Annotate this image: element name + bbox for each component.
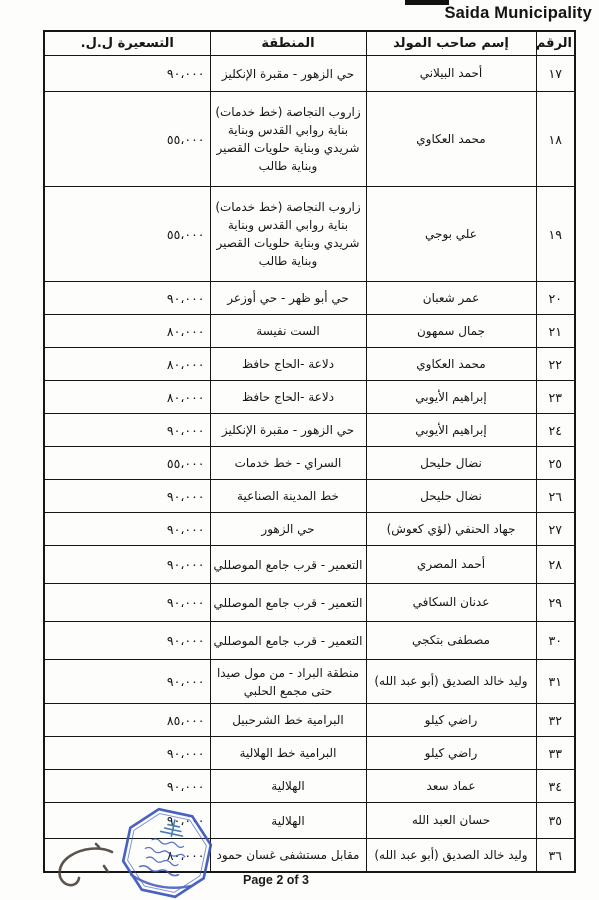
- row-number-cell: ٣١: [536, 660, 575, 704]
- row-number-cell: ٣٣: [536, 737, 575, 770]
- owner-name-cell: علي بوجي: [366, 187, 536, 282]
- area-cell: حي الزهور - مقبرة الإنكليز: [210, 414, 366, 447]
- owner-name-cell: نضال حليحل: [366, 480, 536, 513]
- owner-name-cell: حسان العبد الله: [366, 803, 536, 839]
- column-header-area: المنطقة: [210, 31, 366, 56]
- price-cell: ٩٠،٠٠٠: [44, 770, 210, 803]
- price-cell: ٨٠،٠٠٠: [44, 315, 210, 348]
- area-cell: حي أبو ظهر - حي أوزعر: [210, 282, 366, 315]
- price-cell: ٩٠،٠٠٠: [44, 480, 210, 513]
- owner-name-cell: أحمد المصري: [366, 546, 536, 584]
- owner-name-cell: وليد خالد الصديق (أبو عبد الله): [366, 660, 536, 704]
- table-row: ٢٠ عمر شعبان حي أبو ظهر - حي أوزعر ٩٠،٠٠…: [44, 282, 575, 315]
- row-number-cell: ٣٤: [536, 770, 575, 803]
- area-cell: حي الزهور: [210, 513, 366, 546]
- table-row: ١٩ علي بوجي زاروب النجاصة (خط خدمات) بنا…: [44, 187, 575, 282]
- area-cell: دلاعة -الحاج حافظ: [210, 348, 366, 381]
- price-cell: ٩٠،٠٠٠: [44, 584, 210, 622]
- price-cell: ٥٥،٠٠٠: [44, 92, 210, 187]
- price-cell: ٨٥،٠٠٠: [44, 704, 210, 737]
- column-header-owner: إسم صاحب المولد: [366, 31, 536, 56]
- owner-name-cell: إبراهيم الأيوبي: [366, 381, 536, 414]
- price-cell: ٩٠،٠٠٠: [44, 737, 210, 770]
- owner-name-cell: عماد سعد: [366, 770, 536, 803]
- price-cell: ٥٥،٠٠٠: [44, 187, 210, 282]
- table-row: ٢٦ نضال حليحل خط المدينة الصناعية ٩٠،٠٠٠: [44, 480, 575, 513]
- area-cell: البرامية خط الهلالية: [210, 737, 366, 770]
- area-cell: خط المدينة الصناعية: [210, 480, 366, 513]
- table-row: ١٨ محمد العكاوي زاروب النجاصة (خط خدمات)…: [44, 92, 575, 187]
- price-cell: ٩٠،٠٠٠: [44, 282, 210, 315]
- price-cell: ٥٥،٠٠٠: [44, 447, 210, 480]
- owner-name-cell: أحمد البيلاني: [366, 56, 536, 92]
- owner-name-cell: عمر شعبان: [366, 282, 536, 315]
- row-number-cell: ٢٩: [536, 584, 575, 622]
- area-cell: البرامية خط الشرحبيل: [210, 704, 366, 737]
- row-number-cell: ٢٠: [536, 282, 575, 315]
- row-number-cell: ١٧: [536, 56, 575, 92]
- price-cell: ٨٠،٠٠٠: [44, 348, 210, 381]
- table-row: ٢٩ عدنان السكافي التعمير - قرب جامع المو…: [44, 584, 575, 622]
- row-number-cell: ٣٥: [536, 803, 575, 839]
- document-page: Saida Municipality الرقم إسم صاحب المولد…: [0, 0, 599, 900]
- row-number-cell: ٢٦: [536, 480, 575, 513]
- price-cell: ٩٠،٠٠٠: [44, 660, 210, 704]
- row-number-cell: ٢٨: [536, 546, 575, 584]
- price-cell: ٩٠،٠٠٠: [44, 622, 210, 660]
- owner-name-cell: مصطفى بتكجي: [366, 622, 536, 660]
- area-cell: دلاعة -الحاج حافظ: [210, 381, 366, 414]
- column-header-price: التسعيرة ل.ل.: [44, 31, 210, 56]
- row-number-cell: ٣٦: [536, 839, 575, 873]
- row-number-cell: ٢٣: [536, 381, 575, 414]
- table-row: ٢٧ جهاد الحنفي (لؤي كعوش) حي الزهور ٩٠،٠…: [44, 513, 575, 546]
- owner-name-cell: عدنان السكافي: [366, 584, 536, 622]
- area-cell: منطقة البراد - من مول صيدا حتى مجمع الحل…: [210, 660, 366, 704]
- table-row: ٣١ وليد خالد الصديق (أبو عبد الله) منطقة…: [44, 660, 575, 704]
- table-row: ٢٨ أحمد المصري التعمير - قرب جامع الموصل…: [44, 546, 575, 584]
- row-number-cell: ٣٢: [536, 704, 575, 737]
- row-number-cell: ٣٠: [536, 622, 575, 660]
- handwritten-mark: [38, 836, 124, 898]
- area-cell: التعمير - قرب جامع الموصللي: [210, 584, 366, 622]
- area-cell: زاروب النجاصة (خط خدمات) بناية روابي الق…: [210, 92, 366, 187]
- price-cell: ٩٠،٠٠٠: [44, 546, 210, 584]
- price-cell: ٨٠،٠٠٠: [44, 381, 210, 414]
- table-row: ٣٤ عماد سعد الهلالية ٩٠،٠٠٠: [44, 770, 575, 803]
- price-cell: ٩٠،٠٠٠: [44, 56, 210, 92]
- owner-name-cell: جهاد الحنفي (لؤي كعوش): [366, 513, 536, 546]
- row-number-cell: ٢٧: [536, 513, 575, 546]
- area-cell: زاروب النجاصة (خط خدمات) بناية روابي الق…: [210, 187, 366, 282]
- area-cell: حي الزهور - مقبرة الإنكليز: [210, 56, 366, 92]
- price-cell: ٩٠،٠٠٠: [44, 513, 210, 546]
- row-number-cell: ١٩: [536, 187, 575, 282]
- table-row: ٢٢ محمد العكاوي دلاعة -الحاج حافظ ٨٠،٠٠٠: [44, 348, 575, 381]
- table-row: ٣٢ راضي كيلو البرامية خط الشرحبيل ٨٥،٠٠٠: [44, 704, 575, 737]
- municipality-title: Saida Municipality: [444, 4, 592, 23]
- owner-name-cell: نضال حليحل: [366, 447, 536, 480]
- owner-name-cell: محمد العكاوي: [366, 348, 536, 381]
- table-row: ٢٣ إبراهيم الأيوبي دلاعة -الحاج حافظ ٨٠،…: [44, 381, 575, 414]
- table-header-row: الرقم إسم صاحب المولد المنطقة التسعيرة ل…: [44, 31, 575, 56]
- table-row: ٣٣ راضي كيلو البرامية خط الهلالية ٩٠،٠٠٠: [44, 737, 575, 770]
- column-header-number: الرقم: [536, 31, 575, 56]
- owner-name-cell: جمال سمهون: [366, 315, 536, 348]
- row-number-cell: ١٨: [536, 92, 575, 187]
- row-number-cell: ٢٤: [536, 414, 575, 447]
- area-cell: الهلالية: [210, 770, 366, 803]
- row-number-cell: ٢٥: [536, 447, 575, 480]
- table-row: ٢٥ نضال حليحل السراي - خط خدمات ٥٥،٠٠٠: [44, 447, 575, 480]
- area-cell: الست نفيسة: [210, 315, 366, 348]
- table-row: ٢١ جمال سمهون الست نفيسة ٨٠،٠٠٠: [44, 315, 575, 348]
- price-cell: ٩٠،٠٠٠: [44, 414, 210, 447]
- header-artifact-line: [405, 0, 449, 5]
- row-number-cell: ٢١: [536, 315, 575, 348]
- area-cell: السراي - خط خدمات: [210, 447, 366, 480]
- owner-name-cell: إبراهيم الأيوبي: [366, 414, 536, 447]
- area-cell: التعمير - قرب جامع الموصللي: [210, 622, 366, 660]
- table-row: ١٧ أحمد البيلاني حي الزهور - مقبرة الإنك…: [44, 56, 575, 92]
- table-row: ٣٠ مصطفى بتكجي التعمير - قرب جامع الموصل…: [44, 622, 575, 660]
- owner-name-cell: راضي كيلو: [366, 737, 536, 770]
- area-cell: التعمير - قرب جامع الموصللي: [210, 546, 366, 584]
- owner-name-cell: محمد العكاوي: [366, 92, 536, 187]
- row-number-cell: ٢٢: [536, 348, 575, 381]
- page-footer: Page 2 of 3: [243, 873, 309, 887]
- cedar-icon: [160, 818, 185, 839]
- table-row: ٢٤ إبراهيم الأيوبي حي الزهور - مقبرة الإ…: [44, 414, 575, 447]
- owner-name-cell: راضي كيلو: [366, 704, 536, 737]
- table-body: ١٧ أحمد البيلاني حي الزهور - مقبرة الإنك…: [44, 56, 575, 873]
- owner-name-cell: وليد خالد الصديق (أبو عبد الله): [366, 839, 536, 873]
- generator-pricing-table: الرقم إسم صاحب المولد المنطقة التسعيرة ل…: [43, 30, 574, 873]
